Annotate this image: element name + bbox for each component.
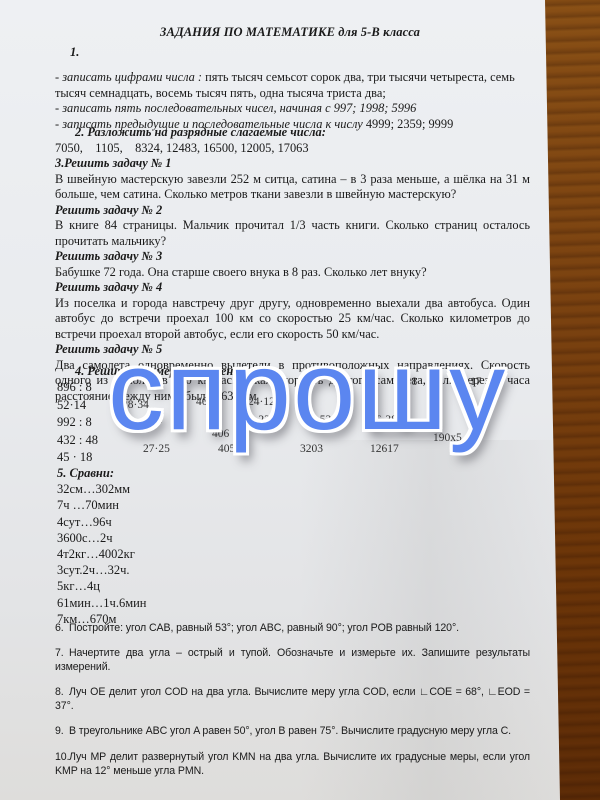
compare-item: 4т2кг…4002кг [57,546,147,562]
section-1-number: 1. [70,45,79,60]
section-1-line: - записать цифрами числа : пять тысяч се… [55,70,530,101]
example-item: 992 : 8 [57,414,98,432]
problem-5-heading: Решить задачу № 5 [55,342,530,358]
section-5: 5. Сравни: 32см…302мм 7ч …70мин 4сут…96ч… [57,465,147,627]
document-title: ЗАДАНИЯ ПО МАТЕМАТИКЕ для 5-В класса [160,25,420,40]
section-2: 2. Разложить на разрядные слагаемые числ… [55,125,530,156]
example-item: 27·25 [143,443,170,455]
example-item: 3203 [300,443,323,455]
task-9: 9.В треугольнике ABC угол A равен 50°, у… [55,724,530,738]
example-item: 190x5 [433,432,462,444]
example-item: 54:53 [305,414,331,426]
example-item: 52·14 [57,397,98,415]
problem-1-heading: 3.Решить задачу № 1 [55,156,530,172]
problem-3-text: Бабушке 72 года. Она старше своего внука… [55,265,530,281]
examples-column-1: 896 : 8 52·14 992 : 8 432 : 48 45 · 18 [57,379,98,467]
section-2-numbers: 7050, 1105, 8324, 12483, 16500, 12005, 1… [55,141,530,157]
problem-2-text: В книге 84 страницы. Мальчик прочитал 1/… [55,218,530,249]
example-item: 432 : 48 [57,432,98,450]
section-4-heading-wrap: 4. Решить примеры письменно : [55,364,530,380]
task-text: Начертите два угла – острый и тупой. Обо… [55,647,530,673]
problem-2-heading: Решить задачу № 2 [55,203,530,219]
task-10: 10.Луч MP делит развернутый угол KMN на … [55,750,530,778]
compare-item: 4сут…96ч [57,514,147,530]
example-item: 17 [470,376,482,388]
task-6: 6.Постройте: угол CAB, равный 53°; угол … [55,621,530,635]
section-1: - записать цифрами числа : пять тысяч се… [55,70,530,132]
example-item: 45 · 18 [57,449,98,467]
task-number: 9. [55,724,69,738]
example-item: 4616 [196,396,219,408]
task-number: 6. [55,621,69,635]
task-number: 10. [55,750,69,764]
example-item: 12617 [370,443,399,455]
task-text: Луч OE делит угол COD на два угла. Вычис… [55,686,530,712]
example-item: 896 : 8 [57,379,98,397]
problem-4-heading: Решить задачу № 4 [55,280,530,296]
task-7: 7.Начертите два угла – острый и тупой. О… [55,646,530,674]
task-text: Постройте: угол CAB, равный 53°; угол AB… [69,622,459,634]
problem-1-text: В швейную мастерскую завезли 252 м ситца… [55,172,530,203]
example-item: 648 [400,376,417,388]
section-4-heading: 4. Решить примеры письменно : [55,364,530,380]
section-5-heading: 5. Сравни: [57,465,147,481]
task-8: 8.Луч OE делит угол COD на два угла. Выч… [55,685,530,713]
instruction-text: - записать пять последовательных чисел, … [55,101,416,115]
task-text: В треугольнике ABC угол A равен 50°, уго… [69,725,511,737]
example-item: 4057 [218,443,241,455]
section-1-line: - записать пять последовательных чисел, … [55,101,530,117]
compare-item: 7ч …70мин [57,497,147,513]
example-item: 812 [145,414,162,426]
problem-3-heading: Решить задачу № 3 [55,249,530,265]
example-item: 406 [212,428,229,440]
worksheet-paper: ЗАДАНИЯ ПО МАТЕМАТИКЕ для 5-В класса 1. … [0,0,600,800]
task-number: 8. [55,685,69,699]
compare-item: 5кг…4ц [57,578,147,594]
problem-4-text: Из поселка и города навстречу друг другу… [55,296,530,343]
compare-item: 3600с…2ч [57,530,147,546]
section-2-heading: 2. Разложить на разрядные слагаемые числ… [55,125,530,141]
task-number: 7. [55,646,69,660]
compare-item: 61мин…1ч.6мин [57,595,147,611]
instruction-text: - записать цифрами числа : [55,70,202,84]
compare-item: 32см…302мм [57,481,147,497]
compare-item: 3сут.2ч…32ч. [57,562,147,578]
example-item: 52·23 [243,414,270,426]
paper-shadow [300,440,560,800]
example-item: 28·34 [122,399,149,411]
example-item: 36·38 [370,414,397,426]
task-text: Луч MP делит развернутый угол KMN на два… [55,751,530,777]
example-item: 24·12 [248,396,275,408]
